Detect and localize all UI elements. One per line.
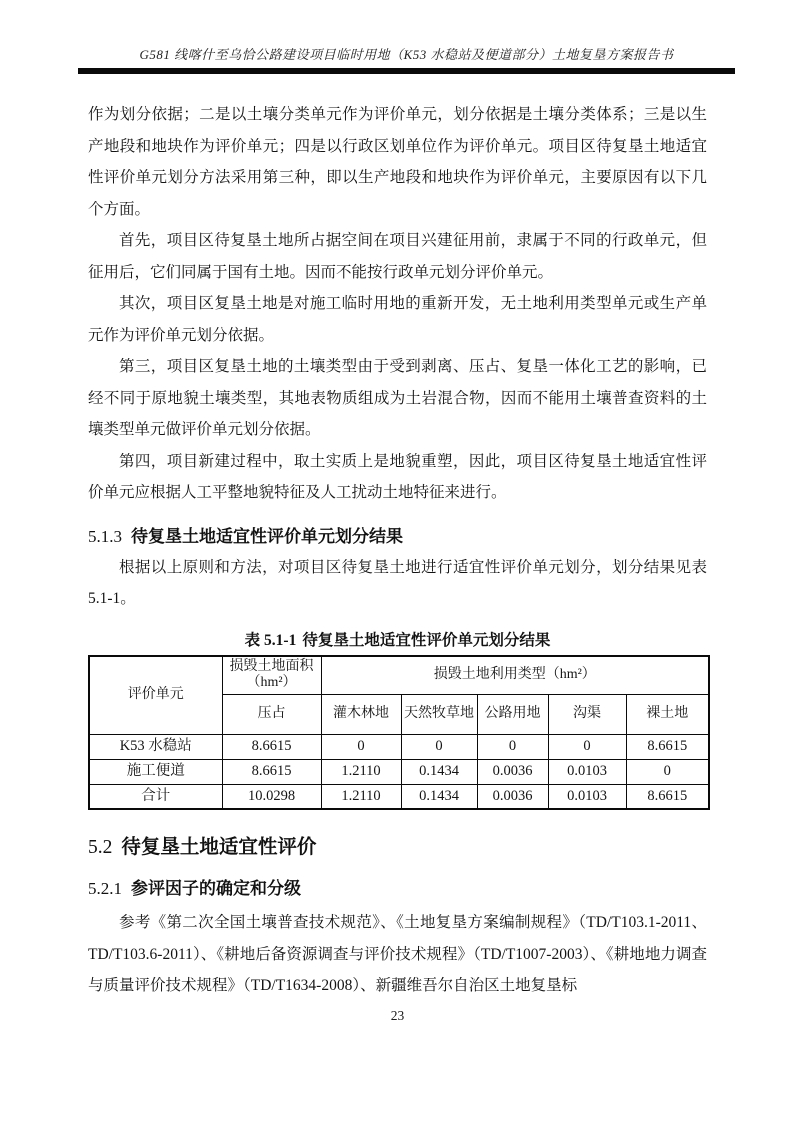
section-number-5-2-1: 5.2.1 bbox=[88, 879, 122, 898]
page-number: 23 bbox=[88, 1008, 707, 1024]
section-heading-5-1-3: 5.1.3待复垦土地适宜性评价单元划分结果 bbox=[88, 522, 707, 547]
table-cell: 0 bbox=[477, 734, 548, 759]
running-header-title: G581 线喀什至乌恰公路建设项目临时用地（K53 水稳站及便道部分）土地复垦方… bbox=[78, 44, 735, 63]
section-number-5-2: 5.2 bbox=[88, 837, 112, 858]
header-cell-road-land: 公路用地 bbox=[477, 694, 548, 734]
running-header: G581 线喀什至乌恰公路建设项目临时用地（K53 水稳站及便道部分）土地复垦方… bbox=[78, 44, 735, 74]
table-caption: 表 5.1-1待复垦土地适宜性评价单元划分结果 bbox=[88, 628, 707, 650]
table-cell: 0.1434 bbox=[401, 784, 477, 809]
table-header-row-1: 评价单元 损毁土地面积 （hm²） 损毁土地利用类型（hm²） bbox=[89, 656, 709, 695]
table-caption-number: 表 5.1-1 bbox=[245, 632, 297, 649]
table-cell: 0.0103 bbox=[548, 784, 626, 809]
table-row-total: 合计 10.0298 1.2110 0.1434 0.0036 0.0103 8… bbox=[89, 784, 709, 809]
row-label: 施工便道 bbox=[89, 759, 222, 784]
paragraph-third-reason: 第三，项目区复垦土地的土壤类型由于受到剥离、压占、复垦一体化工艺的影响，已经不同… bbox=[88, 351, 707, 446]
table-cell: 1.2110 bbox=[321, 784, 401, 809]
header-cell-damaged-area-line2: （hm²） bbox=[225, 675, 319, 692]
paragraph-fourth-reason: 第四，项目新建过程中，取土实质上是地貌重塑，因此，项目区待复垦土地适宜性评价单元… bbox=[88, 446, 707, 509]
table-row-access-road: 施工便道 8.6615 1.2110 0.1434 0.0036 0.0103 … bbox=[89, 759, 709, 784]
table-cell: 0 bbox=[626, 759, 709, 784]
paragraph-reference-standards: 参考《第二次全国土壤普查技术规范》、《土地复垦方案编制规程》（TD/T103.1… bbox=[88, 907, 707, 1002]
table-5-1-1: 评价单元 损毁土地面积 （hm²） 损毁土地利用类型（hm²） 压占 灌木林地 … bbox=[88, 655, 710, 811]
row-label: 合计 bbox=[89, 784, 222, 809]
table-cell: 0.0036 bbox=[477, 784, 548, 809]
table-cell: 8.6615 bbox=[222, 759, 321, 784]
table-cell: 0 bbox=[548, 734, 626, 759]
header-cell-ditch: 沟渠 bbox=[548, 694, 626, 734]
paragraph-second-reason: 其次，项目区复垦土地是对施工临时用地的重新开发，无土地利用类型单元或生产单元作为… bbox=[88, 288, 707, 351]
paragraph-continuation: 作为划分依据；二是以土壤分类单元作为评价单元，划分依据是土壤分类体系；三是以生产… bbox=[88, 99, 707, 225]
table-cell: 8.6615 bbox=[222, 734, 321, 759]
header-cell-grassland: 天然牧草地 bbox=[401, 694, 477, 734]
header-cell-shrubland: 灌木林地 bbox=[321, 694, 401, 734]
header-cell-damaged-area: 损毁土地面积 （hm²） bbox=[222, 656, 321, 695]
table-cell: 1.2110 bbox=[321, 759, 401, 784]
header-cell-landuse-type: 损毁土地利用类型（hm²） bbox=[321, 656, 709, 695]
table-cell: 10.0298 bbox=[222, 784, 321, 809]
paragraph-unit-division-result: 根据以上原则和方法，对项目区待复垦土地进行适宜性评价单元划分，划分结果见表 5.… bbox=[88, 552, 707, 615]
section-heading-5-2: 5.2待复垦土地适宜性评价 bbox=[88, 831, 707, 859]
table-cell: 8.6615 bbox=[626, 734, 709, 759]
table-cell: 0.0103 bbox=[548, 759, 626, 784]
table-caption-title: 待复垦土地适宜性评价单元划分结果 bbox=[302, 632, 550, 649]
row-label: K53 水稳站 bbox=[89, 734, 222, 759]
section-heading-5-2-1: 5.2.1参评因子的确定和分级 bbox=[88, 874, 707, 899]
table-cell: 8.6615 bbox=[626, 784, 709, 809]
header-cell-unit: 评价单元 bbox=[89, 656, 222, 735]
header-cell-bare-land: 裸土地 bbox=[626, 694, 709, 734]
header-cell-occupation: 压占 bbox=[222, 694, 321, 734]
table-cell: 0.0036 bbox=[477, 759, 548, 784]
table-cell: 0 bbox=[321, 734, 401, 759]
document-page: G581 线喀什至乌恰公路建设项目临时用地（K53 水稳站及便道部分）土地复垦方… bbox=[0, 0, 793, 1122]
table-row-k53-station: K53 水稳站 8.6615 0 0 0 0 8.6615 bbox=[89, 734, 709, 759]
section-title-5-1-3: 待复垦土地适宜性评价单元划分结果 bbox=[131, 527, 403, 546]
header-cell-damaged-area-line1: 损毁土地面积 bbox=[225, 659, 319, 676]
header-double-rule bbox=[78, 68, 735, 74]
section-title-5-2: 待复垦土地适宜性评价 bbox=[121, 836, 316, 858]
section-number-5-1-3: 5.1.3 bbox=[88, 527, 122, 546]
section-title-5-2-1: 参评因子的确定和分级 bbox=[131, 879, 301, 898]
table-cell: 0 bbox=[401, 734, 477, 759]
table-cell: 0.1434 bbox=[401, 759, 477, 784]
paragraph-first-reason: 首先，项目区待复垦土地所占据空间在项目兴建征用前，隶属于不同的行政单元，但征用后… bbox=[88, 225, 707, 288]
